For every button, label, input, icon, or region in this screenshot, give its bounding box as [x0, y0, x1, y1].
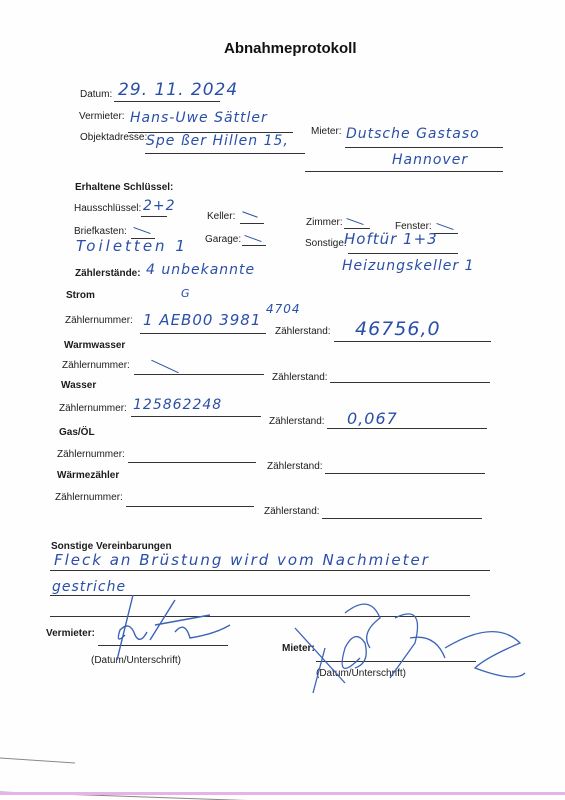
wasser-reading-label: Zählerstand: — [269, 416, 325, 427]
briefkasten-label: Briefkasten: — [74, 226, 127, 237]
objektadresse-label: Objektadresse: — [80, 132, 147, 143]
sonstige-label: Sonstige: — [305, 238, 347, 249]
zimmer-value[interactable] — [346, 218, 363, 225]
wasser-number-underline — [131, 416, 261, 417]
objektadresse-underline-2 — [305, 171, 503, 172]
hausschluessel-label: Hausschlüssel: — [74, 203, 141, 214]
objektadresse-value[interactable]: Spe ßer Hillen 15, — [146, 133, 289, 149]
keller-label: Keller: — [207, 211, 235, 222]
protocol-page: Abnahmeprotokoll Datum: 29. 11. 2024 Ver… — [0, 0, 565, 800]
wasser-reading-value[interactable]: 0,067 — [347, 409, 398, 428]
datum-underline — [114, 101, 220, 102]
garage-underline — [242, 245, 266, 246]
gas-number-label: Zählernummer: — [57, 449, 125, 460]
strom-number-label: Zählernummer: — [65, 315, 133, 326]
scan-edge-lines — [0, 740, 300, 800]
vermieter-label: Vermieter: — [79, 111, 125, 122]
sonstige-underline — [348, 253, 458, 254]
waermezaehler-heading: Wärmezähler — [57, 470, 119, 481]
fenster-value[interactable] — [436, 223, 453, 230]
gas-reading-underline — [325, 473, 485, 474]
warmwasser-reading-underline — [330, 382, 490, 383]
meters-note[interactable]: 4 unbekannte — [146, 262, 255, 278]
mieter-label: Mieter: — [311, 126, 342, 137]
warmwasser-reading-label: Zählerstand: — [272, 372, 328, 383]
vermieter-signature[interactable] — [95, 590, 245, 665]
strom-number-note-side[interactable]: 4704 — [266, 302, 301, 316]
datum-value[interactable]: 29. 11. 2024 — [118, 80, 238, 100]
garage-value[interactable] — [244, 235, 261, 242]
warmwasser-number-label: Zählernummer: — [62, 360, 130, 371]
sonstige-value-2[interactable]: Heizungskeller 1 — [342, 258, 475, 274]
strom-heading: Strom — [66, 290, 95, 301]
wasser-number-value[interactable]: 125862248 — [133, 397, 222, 413]
hausschluessel-value[interactable]: 2+2 — [143, 198, 176, 214]
strom-reading-value[interactable]: 46756,0 — [355, 318, 441, 340]
strom-reading-underline — [334, 341, 491, 342]
wasser-number-label: Zählernummer: — [59, 403, 127, 414]
document-title: Abnahmeprotokoll — [224, 40, 357, 57]
keys-heading: Erhaltene Schlüssel: — [75, 182, 173, 193]
zimmer-underline — [344, 228, 370, 229]
agreements-line-1 — [50, 570, 490, 571]
sonstige-value[interactable]: Hoftür 1+3 — [344, 230, 438, 248]
waerme-number-label: Zählernummer: — [55, 492, 123, 503]
waerme-reading-label: Zählerstand: — [264, 506, 320, 517]
strom-reading-label: Zählerstand: — [275, 326, 331, 337]
strom-number-underline — [140, 333, 266, 334]
mieter-signature[interactable] — [275, 588, 535, 698]
scan-bottom-edge — [0, 792, 565, 795]
datum-label: Datum: — [80, 89, 112, 100]
wasser-heading: Wasser — [61, 380, 96, 391]
toiletten-note[interactable]: Toiletten 1 — [76, 237, 188, 255]
vermieter-signature-label: Vermieter: — [46, 628, 95, 639]
strom-number-note-top[interactable]: G — [181, 287, 191, 300]
keller-value[interactable] — [242, 211, 257, 217]
mieter-value[interactable]: Dutsche Gastaso — [346, 126, 480, 142]
gas-reading-label: Zählerstand: — [267, 461, 323, 472]
agreements-text-line-1[interactable]: Fleck an Brüstung wird vom Nachmieter — [54, 551, 430, 569]
hausschluessel-underline — [141, 216, 167, 217]
mieter-underline — [345, 147, 503, 148]
gas-oel-heading: Gas/ÖL — [59, 427, 95, 438]
waerme-reading-underline — [322, 518, 482, 519]
zimmer-label: Zimmer: — [306, 217, 343, 228]
objektadresse-underline — [145, 153, 305, 154]
gas-number-underline — [128, 462, 256, 463]
warmwasser-number-value[interactable] — [151, 360, 179, 374]
briefkasten-value[interactable] — [133, 227, 150, 234]
keller-underline — [240, 223, 264, 224]
warmwasser-heading: Warmwasser — [64, 340, 125, 351]
wasser-reading-underline — [327, 428, 487, 429]
strom-number-value[interactable]: 1 AEB00 3981 — [143, 311, 261, 329]
warmwasser-number-underline — [134, 374, 264, 375]
objektadresse-value-2[interactable]: Hannover — [392, 152, 468, 168]
waerme-number-underline — [126, 506, 254, 507]
meters-heading: Zählerstände: — [75, 268, 141, 279]
vermieter-value[interactable]: Hans-Uwe Sättler — [130, 110, 268, 126]
garage-label: Garage: — [205, 234, 241, 245]
